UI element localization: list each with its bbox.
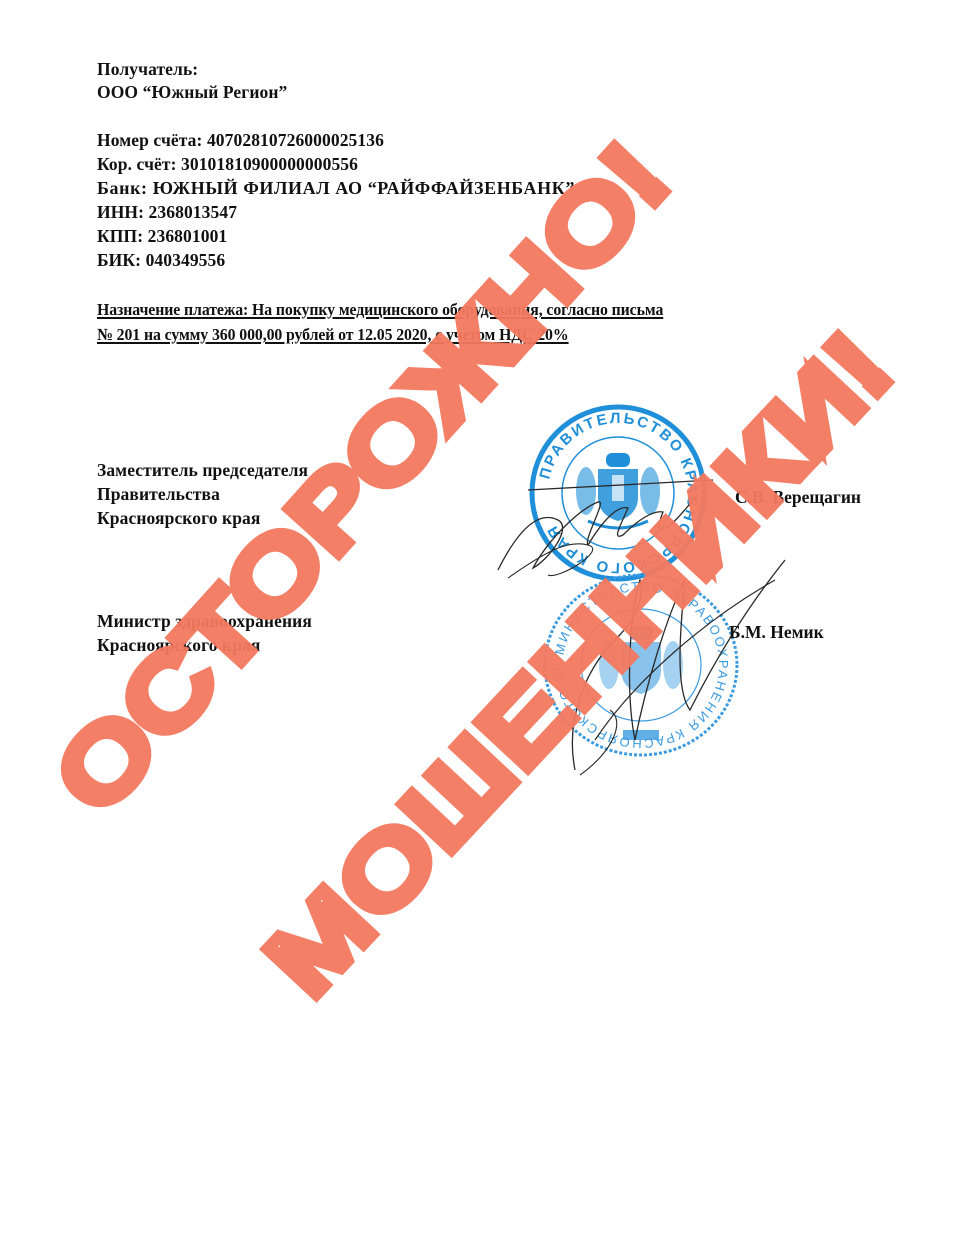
signatory-2-title-line-2: Красноярского края [97, 633, 260, 657]
stamp-seal-icon: МИНИСТЕРСТВО ЗДРАВООХРАНЕНИЯ КРАСНОЯРСКО… [541, 570, 741, 760]
bank-name: Банк: ЮЖНЫЙ ФИЛИАЛ АО “РАЙФФАЙЗЕНБАНК” [97, 176, 575, 200]
bik: БИК: 040349556 [97, 248, 225, 272]
stamp-seal-icon: ПРАВИТЕЛЬСТВО КРАСНОЯРСКОГО КРАЯ [528, 403, 708, 583]
government-stamp: ПРАВИТЕЛЬСТВО КРАСНОЯРСКОГО КРАЯ [528, 403, 708, 583]
signatory-1-name: С.В. Верещагин [735, 487, 861, 508]
signatory-2-name: Б.М. Немик [729, 622, 824, 643]
payment-purpose: Назначение платежа: На покупку медицинск… [97, 297, 663, 347]
recipient-name: ООО “Южный Регион” [97, 80, 287, 104]
signatory-1-title-line-1: Заместитель председателя [97, 458, 308, 482]
signatory-1-title-line-3: Красноярского края [97, 506, 260, 530]
signatory-1-title-line-2: Правительства [97, 482, 220, 506]
inn: ИНН: 2368013547 [97, 200, 237, 224]
document-page: Получатель: ООО “Южный Регион” Номер счё… [0, 0, 957, 1249]
corr-account: Кор. счёт: 30101810900000000556 [97, 152, 358, 176]
recipient-label: Получатель: [97, 57, 198, 81]
signatory-2-title-line-1: Министр здравоохранения [97, 609, 312, 633]
payment-purpose-line-1: Назначение платежа: На покупку медицинск… [97, 297, 663, 322]
ministry-stamp: МИНИСТЕРСТВО ЗДРАВООХРАНЕНИЯ КРАСНОЯРСКО… [541, 570, 741, 760]
kpp: КПП: 236801001 [97, 224, 227, 248]
account-number: Номер счёта: 40702810726000025136 [97, 128, 384, 152]
payment-purpose-line-2: № 201 на сумму 360 000,00 рублей от 12.0… [97, 322, 663, 347]
